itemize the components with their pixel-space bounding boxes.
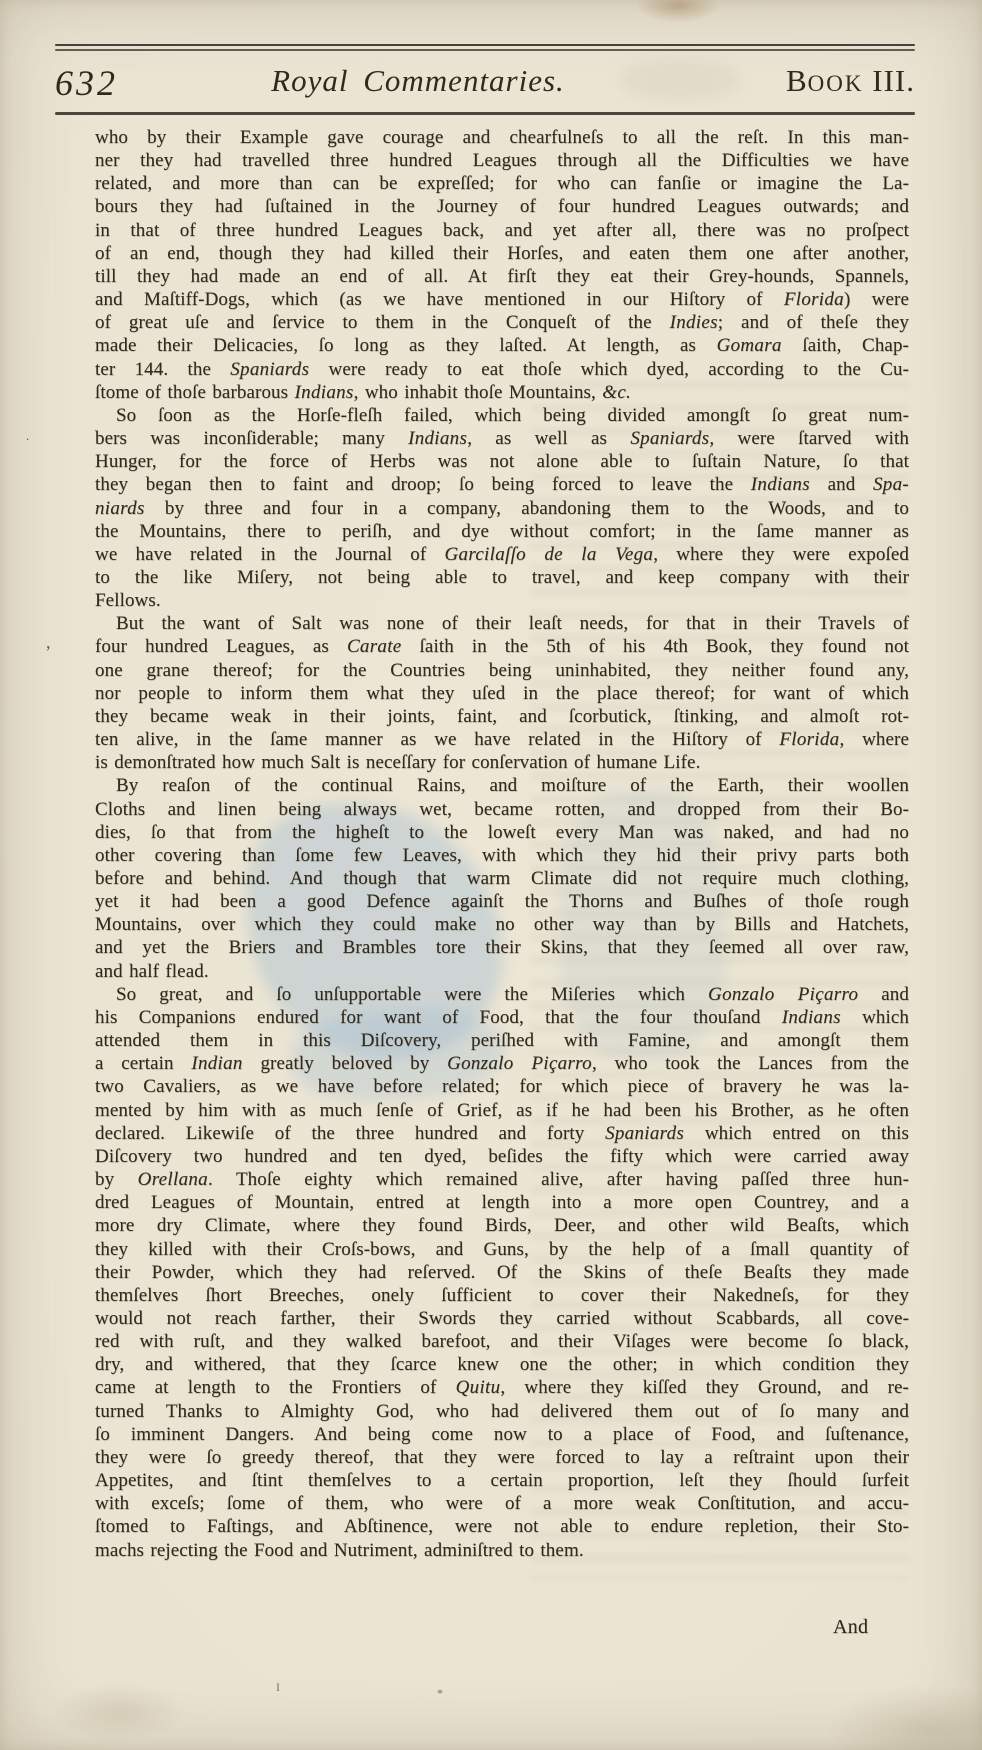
book-label: BOOK III. [786,63,915,99]
text-line: Fellows. [95,589,909,612]
text-line: to the like Miſery, not being able to tr… [95,566,909,589]
header-rule-bottom [55,112,915,115]
text-line: they became weak in their joints, faint,… [95,705,909,728]
ink-speck: * [437,1686,443,1701]
header-rule-top-second [55,49,915,51]
text-line: they were ſo greedy thereof, that they w… [95,1446,909,1469]
header-rule-top [55,44,915,46]
text-line: declared. Likewiſe of the three hundred … [95,1122,909,1145]
text-line: his Companions endured for want of Food,… [95,1006,909,1029]
book-page: 632 Royal Commentaries. BOOK III. who by… [0,0,982,1750]
running-title: Royal Commentaries. [271,63,565,99]
text-line: a certain Indian greatly beloved by Gonz… [95,1052,909,1075]
text-line: dies, ſo that from the higheſt to the lo… [95,821,909,844]
text-line: Hunger, for the force of Herbs was not a… [95,450,909,473]
text-line: So ſoon as the Horſe-fleſh failed, which… [95,404,909,427]
text-line: in that of three hundred Leagues back, a… [95,219,909,242]
paragraph: So great, and ſo unſupportable were the … [95,983,909,1562]
text-line: made their Delicacies, ſo long as they l… [95,334,909,357]
text-line: Appetites, and ſtint themſelves to a cer… [95,1469,909,1492]
text-line: related, and more than can be expreſſed;… [95,172,909,195]
text-line: their Powder, which they had reſerved. O… [95,1261,909,1284]
text-line: Mountains, over which they could make no… [95,913,909,936]
text-line: ten alive, in the ſame manner as we have… [95,728,909,751]
text-line: nor people to inform them what they uſed… [95,682,909,705]
text-line: is demonſtrated how much Salt is neceſſa… [95,751,909,774]
text-line: four hundred Leagues, as Carate ſaith in… [95,635,909,658]
text-line: by Orellana. Thoſe eighty which remained… [95,1168,909,1191]
text-line: the Mountains, there to periſh, and dye … [95,520,909,543]
paragraph: By reaſon of the continual Rains, and mo… [95,774,909,982]
running-header: 632 Royal Commentaries. BOOK III. [55,58,915,110]
text-line: dred Leagues of Mountain, entred at leng… [95,1191,909,1214]
catchword: And [833,1616,868,1639]
text-line: one grane thereof; for the Countries bei… [95,659,909,682]
paragraph: But the want of Salt was none of their l… [95,612,909,774]
text-line: dry, and withered, that they ſcarce knew… [95,1353,909,1376]
text-line: turned Thanks to Almighty God, who had d… [95,1400,909,1423]
text-line: themſelves ſhort Breeches, onely ſuffici… [95,1284,909,1307]
text-line: and yet the Briers and Brambles tore the… [95,936,909,959]
ink-speck: , [46,632,51,653]
text-line: more dry Climate, where they found Birds… [95,1214,909,1237]
text-line: niards by three and four in a company, a… [95,497,909,520]
text-line: of great uſe and ſervice to them in the … [95,311,909,334]
body-text: who by their Example gave courage and ch… [95,126,909,1562]
text-line: yet it had been a good Defence againſt t… [95,890,909,913]
text-line: they began then to faint and droop; ſo b… [95,473,909,496]
text-line: ſtomed to Faſtings, and Abſtinence, were… [95,1515,909,1538]
ink-speck: I [276,1680,280,1695]
text-line: before and behind. And though that warm … [95,867,909,890]
ink-speck: . [26,428,29,444]
text-line: bours they had ſuſtained in the Journey … [95,195,909,218]
text-line: they killed with their Croſs-bows, and G… [95,1238,909,1261]
text-line: So great, and ſo unſupportable were the … [95,983,909,1006]
text-line: Cloths and linen being always wet, becam… [95,798,909,821]
text-line: attended them in this Diſcovery, periſhe… [95,1029,909,1052]
text-line: with exceſs; ſome of them, who were of a… [95,1492,909,1515]
text-line: of an end, though they had killed their … [95,242,909,265]
paragraph: So ſoon as the Horſe-fleſh failed, which… [95,404,909,612]
text-line: red with ruſt, and they walked barefoot,… [95,1330,909,1353]
text-line: bers was inconſiderable; many Indians, a… [95,427,909,450]
text-line: machs rejecting the Food and Nutriment, … [95,1539,909,1562]
page-number: 632 [55,62,118,104]
text-line: we have related in the Journal of Garcil… [95,543,909,566]
text-line: By reaſon of the continual Rains, and mo… [95,774,909,797]
text-line: ſo imminent Dangers. And being come now … [95,1423,909,1446]
text-line: But the want of Salt was none of their l… [95,612,909,635]
text-line: till they had made an end of all. At fir… [95,265,909,288]
paragraph: who by their Example gave courage and ch… [95,126,909,404]
text-line: and Maſtiff-Dogs, which (as we have ment… [95,288,909,311]
text-line: Diſcovery two hundred and ten dyed, beſi… [95,1145,909,1168]
text-line: other covering than ſome few Leaves, wit… [95,844,909,867]
text-line: two Cavaliers, as we have before related… [95,1075,909,1098]
text-line: would not reach farther, their Swords th… [95,1307,909,1330]
text-line: ner they had travelled three hundred Lea… [95,149,909,172]
text-line: came at length to the Frontiers of Quitu… [95,1376,909,1399]
text-line: ter 144. the Spaniards were ready to eat… [95,358,909,381]
text-line: and half flead. [95,960,909,983]
text-line: ſtome of thoſe barbarous Indians, who in… [95,381,909,404]
text-line: mented by him with as much ſenſe of Grie… [95,1099,909,1122]
text-line: who by their Example gave courage and ch… [95,126,909,149]
